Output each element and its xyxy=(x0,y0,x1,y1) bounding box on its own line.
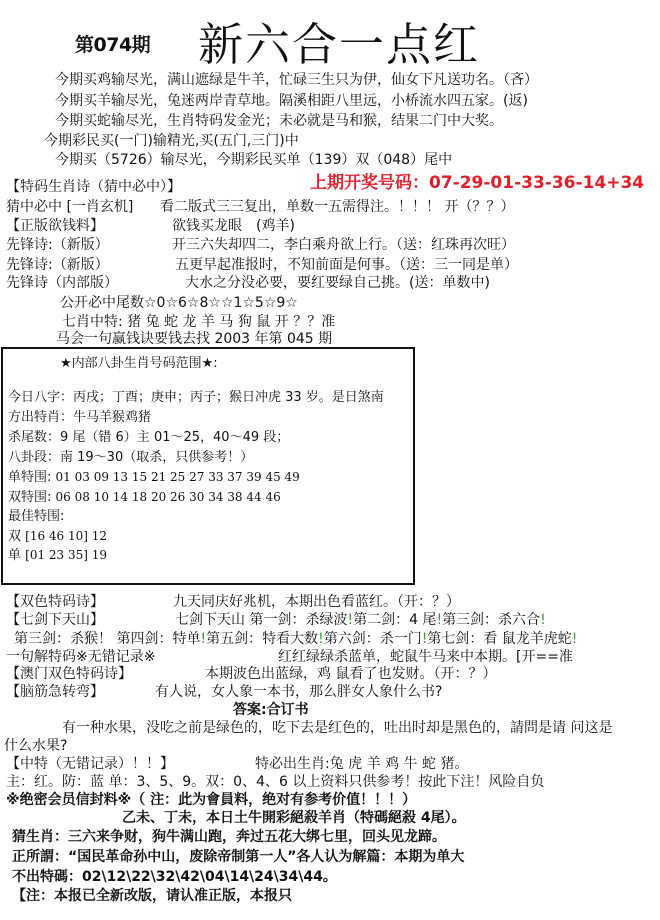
odd-range: 单特围: 01 03 09 13 15 21 25 27 33 37 39 45… xyxy=(8,471,300,484)
fruit-question-2: 什么水果? xyxy=(4,739,67,753)
sword-3-4: 第三剑：杀猴！ 第四剑：特单 xyxy=(14,631,200,647)
even-range-values: 06 08 10 14 18 20 26 30 34 38 44 46 xyxy=(56,490,281,504)
tail-numbers: 公开必中尾数☆0☆6☆8☆☆1☆5☆9☆ xyxy=(60,296,298,310)
pioneer3-label: 先锋诗（内部版） xyxy=(6,276,118,290)
pioneer2-label: 先锋诗:（新版） xyxy=(6,258,109,272)
riddle-label: 一句解特码※无错记录※ xyxy=(6,650,155,664)
sword-7: 第七剑：看 鼠龙羊虎蛇 xyxy=(427,631,571,647)
horse-line: 马会一句赢钱诀要钱去找 2003 年第 045 期 xyxy=(56,332,332,346)
last-draw-label: 上期开奖号码： xyxy=(310,173,429,193)
odd-range-values: 01 03 09 13 15 21 25 27 33 37 39 45 49 xyxy=(56,470,300,484)
sword-6: 第六剑：杀一门 xyxy=(324,631,422,647)
pioneer1-text: 开三六失却四二，李白乘舟欲上行。（送：红珠再次旺） xyxy=(172,238,515,252)
best-even-values: [16 46 10] 12 xyxy=(25,529,107,543)
intro-line-2: 今期买羊输尽光，兔迷两岸青草地。隔溪相距八里远，小桥流水四五家。(返) xyxy=(55,94,528,108)
bagua-title: ★内部八卦生肖号码范围★: xyxy=(60,357,218,370)
sword-5: 第五剑：特看大数 xyxy=(206,631,318,647)
seven-zodiac: 七肖中特: 猪 兔 蛇 龙 羊 马 狗 鼠 开 ？？准 xyxy=(62,315,335,329)
best-even-label: 双 xyxy=(8,529,21,544)
issue-number: 第074期 xyxy=(75,36,150,55)
money-text: 欲钱买龙眼 (鸡羊) xyxy=(172,219,295,233)
intro-line-5: 今期买（5726）输尽光，今期彩民买单（139）双（048）尾中 xyxy=(55,153,452,167)
bagua-bazi: 今日八字：丙戌；丁酉；庚申；丙子；猴日冲虎 33 岁。是日煞南 xyxy=(8,391,384,404)
macau-label: 【澳门双色特码诗】 xyxy=(6,667,132,681)
page-title: 新六合一点红 xyxy=(198,22,480,67)
poem-title: 【特码生肖诗（猜中必中）】 xyxy=(6,180,181,194)
sword-3: 第三剑：杀六合 xyxy=(442,612,540,628)
intro-line-3: 今期买蛇输尽光，生肖特码发金光；未必就是马和猴，结果二门中大奖。 xyxy=(55,114,503,128)
guess-zodiac: 猜生肖：三六来争财，狗牛满山跑，奔过五花大绑七里，回头见龙蹄。 xyxy=(12,830,446,844)
dual-color-label: 【双色特码诗】 xyxy=(6,595,104,609)
even-range: 双特围: 06 08 10 14 18 20 26 30 34 38 44 46 xyxy=(8,491,281,504)
seven-sword-label: 【七剑下天山】 xyxy=(6,613,104,627)
dual-color-text: 九天同庆好兆机，本期出色看蓝红。（开：？） xyxy=(173,595,460,609)
fruit-question-1: 有一种水果，没吃之前是绿色的，吃下去是红色的，吐出时却是黑色的，請問是请 问这是 xyxy=(62,721,612,735)
sword-1: 七剑下天山 第一剑：杀绿波 xyxy=(175,612,347,628)
special-text: 特必出生肖:兔 虎 羊 鸡 牛 蛇 猪。 xyxy=(255,757,468,771)
riddle-text: 红红绿绿杀蓝单，蛇鼠牛马来中本期。[开==准 xyxy=(278,650,573,664)
brain-text: 有人说，女人象一本书，那么胖女人象什么书? xyxy=(155,685,442,699)
brain-answer: 答案:合订书 xyxy=(233,703,309,717)
bagua-direction: 方出特肖：牛马羊猴鸡猪 xyxy=(8,411,151,424)
zheng-line: 正所謂：“国民革命孙中山，废除帝制第一人”各人认为解篇：本期为单大 xyxy=(12,850,464,864)
odd-range-label: 单特围: xyxy=(8,470,51,485)
best-range-label: 最佳特围: xyxy=(8,510,64,523)
best-odd-label: 单 xyxy=(8,548,21,563)
secret-line: ※绝密会员信封料※（ 注：此为會員料，绝对有参考价值！！！） xyxy=(6,793,416,807)
last-draw-numbers: 07-29-01-33-36-14+34 xyxy=(429,173,644,193)
bagua-kill-tail: 杀尾数：9 尾（错 6）主 01～25，40～49 段； xyxy=(8,431,289,444)
mark: ! xyxy=(540,612,546,628)
mark: ! xyxy=(572,631,578,647)
brain-label: 【脑筋急转弯】 xyxy=(6,685,104,699)
best-odd: 单 [01 23 35] 19 xyxy=(8,549,107,562)
best-even: 双 [16 46 10] 12 xyxy=(8,530,107,543)
intro-line-1: 今期买鸡输尽光，满山遮绿是牛羊，忙碌三生只为伊，仙女下凡送功名。（吝） xyxy=(55,73,538,87)
special-label: 【中特（无错记录）！！】 xyxy=(6,757,174,771)
no-special: 不出特碼：02\12\22\32\42\04\14\24\34\44。 xyxy=(12,870,337,884)
yiwei-line: 乙未、丁未，本日土牛開彩絕殺羊肖（特碼絕殺 4尾）。 xyxy=(122,811,466,825)
last-draw: 上期开奖号码：07-29-01-33-36-14+34 xyxy=(310,175,644,192)
macau-text: 本期波色出蓝绿，鸡 鼠看了也发财。（开：？） xyxy=(205,667,496,681)
even-range-label: 双特围: xyxy=(8,490,51,505)
sword-2: 第二剑：4 尾 xyxy=(353,612,436,628)
main-line: 主：红。防：蓝 单：3、5、9。双：0、4、6 以上资料只供参考！按此下注！风险… xyxy=(6,775,544,789)
best-odd-values: [01 23 35] 19 xyxy=(25,548,107,562)
intro-line-4: 今期彩民买(一门)输精光,买(五门,三门)中 xyxy=(44,134,299,148)
seven-sword-line1: 七剑下天山 第一剑：杀绿波!第二剑：4 尾!第三剑：杀六合! xyxy=(175,613,546,627)
seven-sword-line2: 第三剑：杀猴！ 第四剑：特单!第五剑：特看大数!第六剑：杀一门!第七剑：看 鼠龙… xyxy=(14,632,577,646)
guess-label: 猜中必中 [一肖玄机] xyxy=(6,200,133,214)
pioneer2-text: 五更早起准报时，不知前面是何事。（送：三一同是单） xyxy=(175,258,518,272)
money-label: 【正版欲钱料】 xyxy=(6,219,104,233)
footer-note: 【注：本报已全新改版，请认准正版，本报只 xyxy=(12,889,292,903)
pioneer3-text: 大水之分没必要，要红要绿自己挑。(送：单数中) xyxy=(185,276,490,290)
guess-text: 看二版式三三复出，单数一五需得注。！！！ 开（？？） xyxy=(160,200,514,214)
bagua-segment: 八卦段：南 19～30（取杀，只供参考！） xyxy=(8,451,253,464)
pioneer1-label: 先锋诗:（新版） xyxy=(6,238,109,252)
